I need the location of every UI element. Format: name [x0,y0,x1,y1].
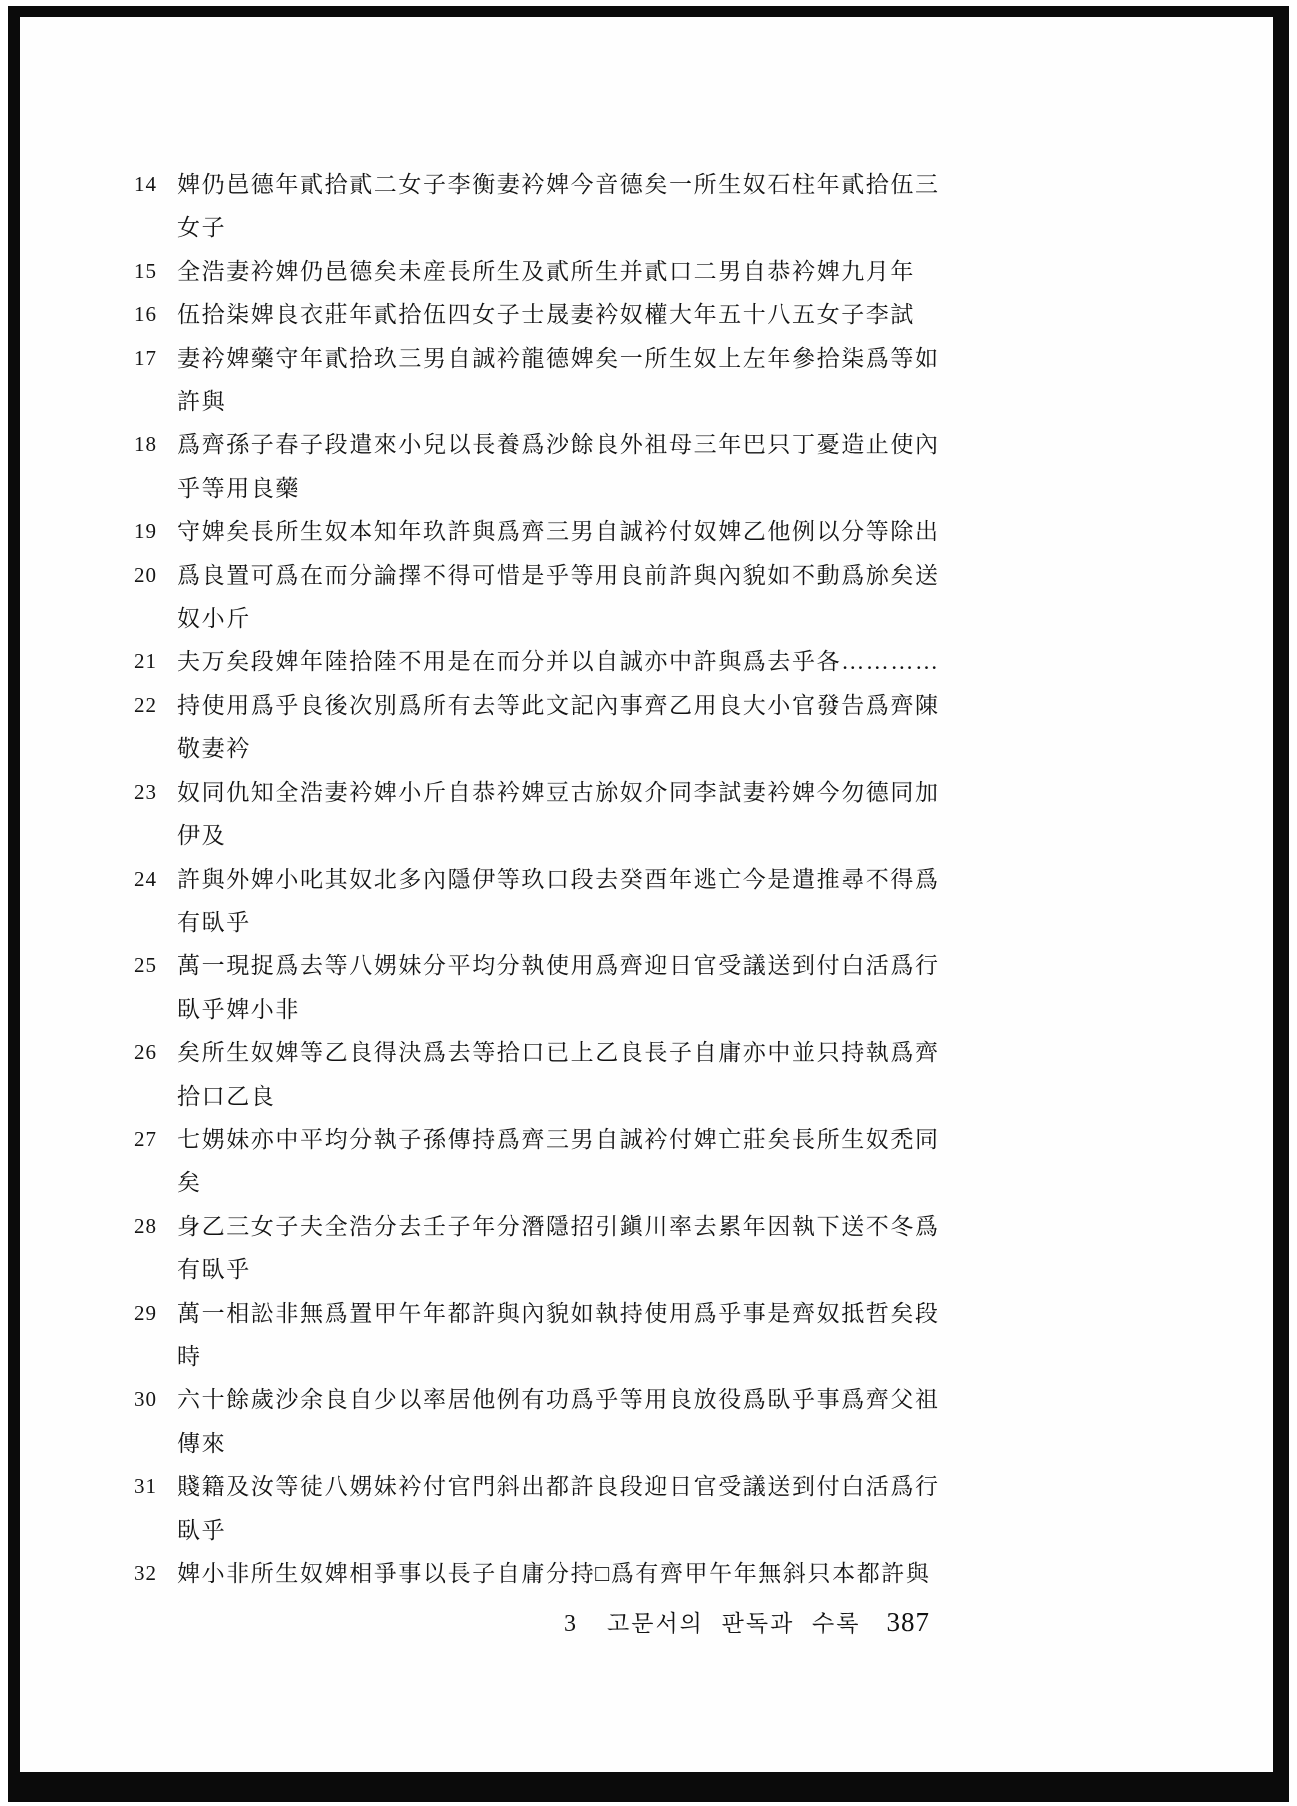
entry-text-line: 身乙三女子夫全浩分去壬子年分潛隱招引鎭川率去累年因執下送不冬爲 [177,1205,1233,1248]
entry-lines: 婢小非所生奴婢相爭事以長子自庸分持□爲有齊甲午年無斜只本都許與 [177,1552,1233,1595]
document-entry: 27 七娚妹亦中平均分執子孫傳持爲齊三男自誠衿付婢亡莊矣長所生奴禿同矣 [115,1118,1233,1205]
entry-text-line: 矣所生奴婢等乙良得決爲去等拾口已上乙良長子自庸亦中並只持執爲齊 [177,1031,1233,1074]
line-number: 32 [115,1552,157,1595]
entry-continuation-line: 時 [177,1335,1233,1378]
document-entry: 17 妻衿婢藥守年貳拾玖三男自誠衿龍德婢矣一所生奴上左年參拾柒爲等如許與 [115,337,1233,424]
document-entry: 14 婢仍邑德年貳拾貳二女子李衡妻衿婢今音德矣一所生奴石柱年貳拾伍三女子 [115,163,1233,250]
document-entry: 15 全浩妻衿婢仍邑德矣未産長所生及貳所生并貳口二男自恭衿婢九月年 [115,250,1233,293]
entry-text-line: 許與外婢小叱其奴北多內隱伊等玖口段去癸酉年逃亡今是遣推尋不得爲 [177,858,1233,901]
line-number: 29 [115,1292,157,1335]
entry-text-line: 爲齊孫子春子段遣來小兒以長養爲沙餘良外祖母三年巴只丁憂造止使內 [177,423,1233,466]
entry-continuation-line: 矣 [177,1161,1233,1204]
entry-continuation-line: 傳來 [177,1422,1233,1465]
entry-text-line: 持使用爲乎良後次別爲所有去等此文記內事齊乙用良大小官發告爲齊陳 [177,684,1233,727]
document-entry: 21 夫万矣段婢年陸拾陸不用是在而分并以自誠亦中許與爲去乎各………… [115,640,1233,683]
entry-continuation-line: 臥乎 [177,1509,1233,1552]
entry-lines: 萬一現捉爲去等八娚妹分平均分執使用爲齊迎日官受議送到付白活爲行臥乎婢小非 [177,944,1233,1031]
entry-lines: 矣所生奴婢等乙良得決爲去等拾口已上乙良長子自庸亦中並只持執爲齊拾口乙良 [177,1031,1233,1118]
entry-text-line: 婢仍邑德年貳拾貳二女子李衡妻衿婢今音德矣一所生奴石柱年貳拾伍三 [177,163,1233,206]
entry-text-line: 七娚妹亦中平均分執子孫傳持爲齊三男自誠衿付婢亡莊矣長所生奴禿同 [177,1118,1233,1161]
document-entry: 28 身乙三女子夫全浩分去壬子年分潛隱招引鎭川率去累年因執下送不冬爲有臥乎 [115,1205,1233,1292]
page-footer: 3 고문서의 판독과 수록 387 [20,1605,930,1638]
footer-title: 고문서의 판독과 수록 [607,1611,860,1636]
entry-lines: 夫万矣段婢年陸拾陸不用是在而分并以自誠亦中許與爲去乎各………… [177,640,1233,683]
line-number: 21 [115,640,157,683]
entry-lines: 婢仍邑德年貳拾貳二女子李衡妻衿婢今音德矣一所生奴石柱年貳拾伍三女子 [177,163,1233,250]
entry-continuation-line: 許與 [177,380,1233,423]
entry-lines: 六十餘歲沙余良自少以率居他例有功爲乎等用良放役爲臥乎事爲齊父祖傳來 [177,1378,1233,1465]
entry-text-line: 守婢矣長所生奴本知年玖許與爲齊三男自誠衿付奴婢乙他例以分等除出 [177,510,1233,553]
document-entry: 18 爲齊孫子春子段遣來小兒以長養爲沙餘良外祖母三年巴只丁憂造止使內乎等用良藥 [115,423,1233,510]
entry-lines: 賤籍及汝等徒八娚妹衿付官門斜出都許良段迎日官受議送到付白活爲行臥乎 [177,1465,1233,1552]
entry-lines: 持使用爲乎良後次別爲所有去等此文記內事齊乙用良大小官發告爲齊陳敬妻衿 [177,684,1233,771]
line-number: 23 [115,771,157,814]
document-entry: 20 爲良置可爲在而分論擇不得可惜是乎等用良前許與內貌如不動爲旀矣送奴小斤 [115,554,1233,641]
document-entry: 22 持使用爲乎良後次別爲所有去等此文記內事齊乙用良大小官發告爲齊陳敬妻衿 [115,684,1233,771]
line-number: 19 [115,510,157,553]
entry-lines: 萬一相訟非無爲置甲午年都許與內貌如執持使用爲乎事是齊奴抵哲矣段時 [177,1292,1233,1379]
line-number: 26 [115,1031,157,1074]
page-frame: 14 婢仍邑德年貳拾貳二女子李衡妻衿婢今音德矣一所生奴石柱年貳拾伍三女子 15 … [8,6,1289,1802]
entry-lines: 奴同仇知全浩妻衿婢小斤自恭衿婢豆古旀奴介同李試妻衿婢今勿德同加伊及 [177,771,1233,858]
entry-lines: 全浩妻衿婢仍邑德矣未産長所生及貳所生并貳口二男自恭衿婢九月年 [177,250,1233,293]
entry-continuation-line: 敬妻衿 [177,727,1233,770]
line-number: 20 [115,554,157,597]
document-entry: 26 矣所生奴婢等乙良得決爲去等拾口已上乙良長子自庸亦中並只持執爲齊拾口乙良 [115,1031,1233,1118]
line-number: 30 [115,1378,157,1421]
entry-text-line: 萬一現捉爲去等八娚妹分平均分執使用爲齊迎日官受議送到付白活爲行 [177,944,1233,987]
entry-continuation-line: 女子 [177,206,1233,249]
line-number: 16 [115,293,157,336]
entry-continuation-line: 伊及 [177,814,1233,857]
document-body: 14 婢仍邑德年貳拾貳二女子李衡妻衿婢今音德矣一所生奴石柱年貳拾伍三女子 15 … [115,163,1233,1595]
entry-lines: 七娚妹亦中平均分執子孫傳持爲齊三男自誠衿付婢亡莊矣長所生奴禿同矣 [177,1118,1233,1205]
entry-continuation-line: 有臥乎 [177,901,1233,944]
line-number: 31 [115,1465,157,1508]
entry-text-line: 六十餘歲沙余良自少以率居他例有功爲乎等用良放役爲臥乎事爲齊父祖 [177,1378,1233,1421]
line-number: 27 [115,1118,157,1161]
entry-lines: 身乙三女子夫全浩分去壬子年分潛隱招引鎭川率去累年因執下送不冬爲有臥乎 [177,1205,1233,1292]
entry-lines: 守婢矣長所生奴本知年玖許與爲齊三男自誠衿付奴婢乙他例以分等除出 [177,510,1233,553]
entry-text-line: 全浩妻衿婢仍邑德矣未産長所生及貳所生并貳口二男自恭衿婢九月年 [177,250,1233,293]
line-number: 22 [115,684,157,727]
page-number: 387 [887,1607,931,1637]
document-entry: 19 守婢矣長所生奴本知年玖許與爲齊三男自誠衿付奴婢乙他例以分等除出 [115,510,1233,553]
entry-lines: 伍拾柒婢良衣莊年貳拾伍四女子士晟妻衿奴權大年五十八五女子李試 [177,293,1233,336]
line-number: 24 [115,858,157,901]
line-number: 18 [115,423,157,466]
document-entry: 23 奴同仇知全浩妻衿婢小斤自恭衿婢豆古旀奴介同李試妻衿婢今勿德同加伊及 [115,771,1233,858]
line-number: 25 [115,944,157,987]
scanned-book-page: 14 婢仍邑德年貳拾貳二女子李衡妻衿婢今音德矣一所生奴石柱年貳拾伍三女子 15 … [0,0,1297,1806]
entry-text-line: 奴同仇知全浩妻衿婢小斤自恭衿婢豆古旀奴介同李試妻衿婢今勿德同加 [177,771,1233,814]
line-number: 17 [115,337,157,380]
entry-continuation-line: 拾口乙良 [177,1075,1233,1118]
entry-continuation-line: 臥乎婢小非 [177,988,1233,1031]
entry-text-line: 萬一相訟非無爲置甲午年都許與內貌如執持使用爲乎事是齊奴抵哲矣段 [177,1292,1233,1335]
entry-text-line: 婢小非所生奴婢相爭事以長子自庸分持□爲有齊甲午年無斜只本都許與 [177,1552,1233,1595]
line-number: 14 [115,163,157,206]
entry-lines: 許與外婢小叱其奴北多內隱伊等玖口段去癸酉年逃亡今是遣推尋不得爲有臥乎 [177,858,1233,945]
entry-text-line: 伍拾柒婢良衣莊年貳拾伍四女子士晟妻衿奴權大年五十八五女子李試 [177,293,1233,336]
document-entry: 30 六十餘歲沙余良自少以率居他例有功爲乎等用良放役爲臥乎事爲齊父祖傳來 [115,1378,1233,1465]
section-number: 3 [564,1611,577,1637]
entry-text-line: 賤籍及汝等徒八娚妹衿付官門斜出都許良段迎日官受議送到付白活爲行 [177,1465,1233,1508]
entry-lines: 爲齊孫子春子段遣來小兒以長養爲沙餘良外祖母三年巴只丁憂造止使內乎等用良藥 [177,423,1233,510]
entry-text-line: 妻衿婢藥守年貳拾玖三男自誠衿龍德婢矣一所生奴上左年參拾柒爲等如 [177,337,1233,380]
document-entry: 31 賤籍及汝等徒八娚妹衿付官門斜出都許良段迎日官受議送到付白活爲行臥乎 [115,1465,1233,1552]
line-number: 28 [115,1205,157,1248]
entry-continuation-line: 乎等用良藥 [177,467,1233,510]
document-entry: 29 萬一相訟非無爲置甲午年都許與內貌如執持使用爲乎事是齊奴抵哲矣段時 [115,1292,1233,1379]
document-entry: 16 伍拾柒婢良衣莊年貳拾伍四女子士晟妻衿奴權大年五十八五女子李試 [115,293,1233,336]
entry-continuation-line: 有臥乎 [177,1248,1233,1291]
document-entry: 32 婢小非所生奴婢相爭事以長子自庸分持□爲有齊甲午年無斜只本都許與 [115,1552,1233,1595]
entry-text-line: 夫万矣段婢年陸拾陸不用是在而分并以自誠亦中許與爲去乎各………… [177,640,1233,683]
document-entry: 24 許與外婢小叱其奴北多內隱伊等玖口段去癸酉年逃亡今是遣推尋不得爲有臥乎 [115,858,1233,945]
document-entry: 25 萬一現捉爲去等八娚妹分平均分執使用爲齊迎日官受議送到付白活爲行臥乎婢小非 [115,944,1233,1031]
entry-lines: 妻衿婢藥守年貳拾玖三男自誠衿龍德婢矣一所生奴上左年參拾柒爲等如許與 [177,337,1233,424]
line-number: 15 [115,250,157,293]
entry-lines: 爲良置可爲在而分論擇不得可惜是乎等用良前許與內貌如不動爲旀矣送奴小斤 [177,554,1233,641]
entry-continuation-line: 奴小斤 [177,597,1233,640]
entry-text-line: 爲良置可爲在而分論擇不得可惜是乎等用良前許與內貌如不動爲旀矣送 [177,554,1233,597]
